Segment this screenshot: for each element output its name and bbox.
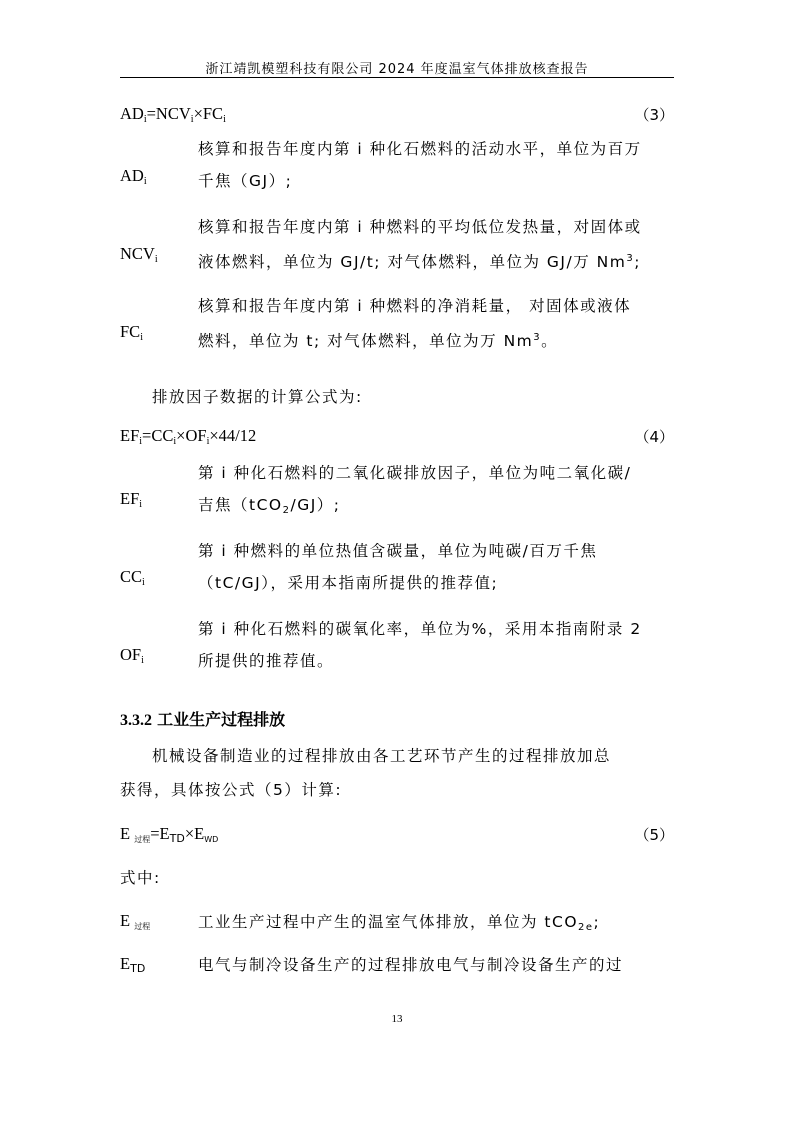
equation-4: EFi=CCi×OFi×44/12 （4） — [120, 426, 674, 447]
equation-5-formula: E 过程=ETD×EWD — [120, 824, 218, 843]
section-number: 3.3.2 — [120, 712, 152, 729]
definition-ncv: 核算和报告年度内第 i 种燃料的平均低位发热量，对固体或 液体燃料，单位为 GJ… — [198, 211, 676, 278]
equation-5: E 过程=ETD×EWD （5） — [120, 824, 674, 845]
term-of: OFi — [120, 645, 144, 666]
definition-e-td: 电气与制冷设备生产的过程排放电气与制冷设备生产的过 — [198, 949, 676, 981]
definition-ef: 第 i 种化石燃料的二氧化碳排放因子，单位为吨二氧化碳/ 吉焦（tCO2/GJ）… — [198, 457, 676, 527]
equation-3-formula: ADi=NCVi×FCi — [120, 104, 226, 123]
paragraph-process-line-2: 获得，具体按公式（5）计算: — [120, 778, 342, 800]
label-where: 式中: — [120, 866, 161, 888]
paragraph-emission-factor-intro: 排放因子数据的计算公式为: — [152, 385, 363, 407]
term-fc: FCi — [120, 322, 143, 343]
equation-4-number: （4） — [634, 426, 674, 447]
running-header: 浙江靖凯模塑科技有限公司 2024 年度温室气体排放核查报告 — [120, 58, 674, 77]
definition-fc: 核算和报告年度内第 i 种燃料的净消耗量， 对固体或液体 燃料，单位为 t; 对… — [198, 290, 676, 357]
definition-e-process: 工业生产过程中产生的温室气体排放，单位为 tCO2e; — [198, 906, 676, 944]
equation-3: ADi=NCVi×FCi （3） — [120, 104, 674, 125]
section-heading: 3.3.2 工业生产过程排放 — [120, 707, 285, 730]
definition-of: 第 i 种化石燃料的碳氧化率，单位为%，采用本指南附录 2 所提供的推荐值。 — [198, 613, 676, 677]
term-cc: CCi — [120, 567, 145, 588]
term-ef: EFi — [120, 489, 142, 510]
equation-3-number: （3） — [634, 104, 674, 125]
term-ad: ADi — [120, 166, 147, 187]
definition-ad: 核算和报告年度内第 i 种化石燃料的活动水平，单位为百万 千焦（GJ）; — [198, 133, 676, 197]
paragraph-process-line-1: 机械设备制造业的过程排放由各工艺环节产生的过程排放加总 — [152, 744, 611, 766]
header-divider — [120, 77, 674, 78]
equation-5-number: （5） — [634, 824, 674, 845]
definition-cc: 第 i 种燃料的单位热值含碳量，单位为吨碳/百万千焦 （tC/GJ），采用本指南… — [198, 535, 676, 599]
term-e-td: ETD — [120, 954, 145, 975]
term-e-process: E 过程 — [120, 911, 150, 932]
page-number: 13 — [0, 1013, 794, 1025]
equation-4-formula: EFi=CCi×OFi×44/12 — [120, 426, 256, 445]
section-title: 工业生产过程排放 — [157, 710, 285, 729]
term-ncv: NCVi — [120, 244, 158, 265]
